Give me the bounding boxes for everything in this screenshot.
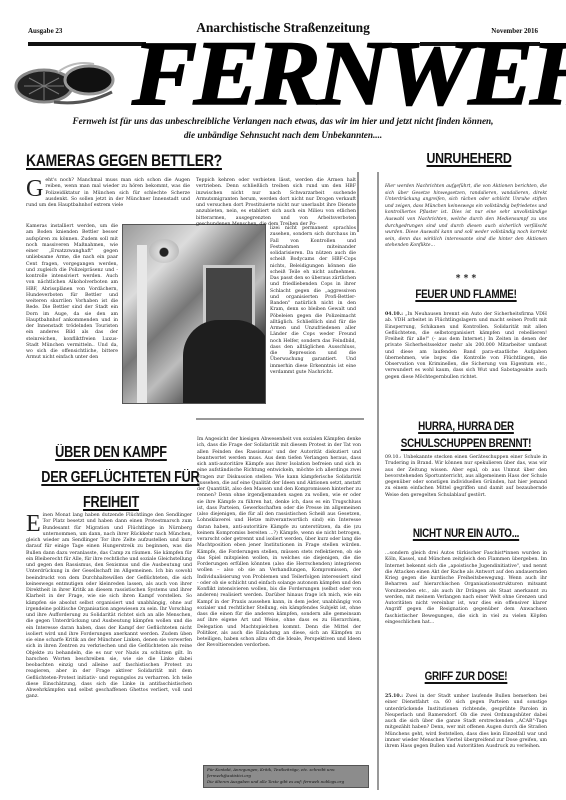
news-text: Unbekannte stecken einen Geräteschuppen … (385, 455, 547, 498)
news-text: Zwei in der Stadt umher laufende Bullen … (385, 694, 547, 749)
news-date: 25.10.: (385, 694, 403, 699)
contact-box: Für Kontakt, Anregungen, Kritik, Textbei… (203, 765, 369, 788)
tagline-line-2: die unbändige Sehnsucht nach dem Unbekan… (0, 128, 566, 142)
article-kameras-right-column: lizei nicht permanent sprachlos zusehen,… (270, 226, 356, 376)
masthead-rule-left (28, 42, 146, 46)
news-item-schulschuppen: 09.10.: Unbekannte stecken einen Gerätes… (385, 455, 547, 499)
article-photo-camera-smash (122, 224, 266, 404)
news-text: „In Neuhausen brennt ein Auto der Sicher… (385, 312, 547, 380)
headline-unruheherd: Unruheherd (400, 150, 538, 167)
headline-line-3: Freiheit (41, 490, 180, 515)
tagline-line-1: Fernweh ist für uns das unbeschreibliche… (0, 114, 566, 128)
headline-kameras: Kameras gegen Bettler? (26, 151, 162, 171)
photo-pole (137, 245, 147, 404)
article-text: eht's noch? Manchmal muss man sich schon… (26, 178, 190, 208)
surveillance-camera-icon (149, 239, 179, 263)
column-divider-mid (357, 172, 359, 232)
unruheherd-intro: Hier werden Nachrichten aufgeführt, die … (385, 184, 547, 250)
article-divider (196, 418, 364, 420)
manhole-cover-icon (14, 58, 134, 108)
article-kameras-left-column: Kameras installiert werden, um die am Bo… (26, 224, 118, 362)
article-kampf-left-column: Einen Monat lang haben dutzende Flüchtli… (26, 513, 192, 701)
headline-line-1: Über den Kampf (41, 440, 180, 465)
headline-kampf: Über den Kampf der Geflüchteten für Frei… (26, 440, 196, 515)
headline-line-2: der Geflüchteten für (41, 465, 180, 490)
column-divider-right (377, 172, 379, 790)
headline-feuer-und-flamme: Feuer und Flamme! (400, 287, 533, 301)
article-kampf-right-column: Im Angesicht der hiesigen Abwesenheit vo… (197, 437, 361, 650)
contact-website[interactable]: Die älteren Ausgaben und alle Texte gibt… (207, 779, 365, 785)
headline-griff-zur-dose: Griff zur Dose! (400, 669, 533, 683)
article-text: inen Monat lang haben dutzende Flüchtlin… (26, 513, 192, 699)
news-date: 04.10.: (385, 312, 403, 317)
headline-line-1: Hurra, Hurra der (400, 418, 533, 435)
newspaper-title: FERNWEH (132, 34, 566, 112)
headline-hurra-schulschuppen: Hurra, Hurra der Schulschuppen brennt! (385, 418, 547, 452)
tagline: Fernweh ist für uns das unbeschreibliche… (0, 114, 566, 142)
news-item-feuer: 04.10.: „In Neuhausen brennt ein Auto de… (385, 312, 547, 381)
headline-nicht-nur-ein-auto: Nicht nur ein Auto... (400, 526, 533, 540)
section-separator-stars: * * * (385, 274, 547, 284)
news-date: 09.10.: (385, 455, 402, 460)
article-kameras-intro: Geht's noch? Manchmal muss man sich scho… (26, 178, 190, 209)
dropcap: E (26, 514, 41, 534)
dropcap: G (26, 179, 43, 199)
headline-line-2: Schulschuppen brennt! (400, 435, 533, 452)
article-kameras-right-top: Teppich kehren oder verbieten lässt, wer… (196, 178, 356, 228)
news-item-autos: ...sondern gleich drei Autos türkischer … (385, 551, 547, 626)
news-item-dose: 25.10.: Zwei in der Stadt umher laufende… (385, 694, 547, 750)
photo-hooded-figure (183, 320, 266, 404)
